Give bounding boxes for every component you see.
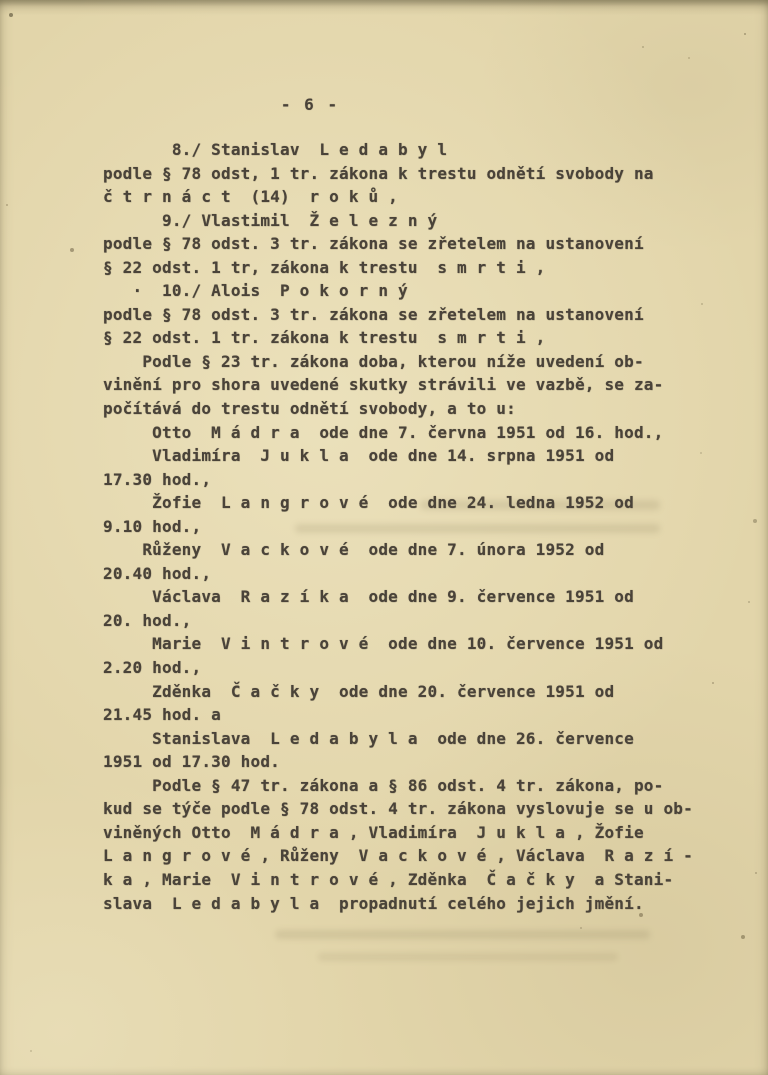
- text-line: 20.40 hod.,: [103, 562, 723, 586]
- text-line: L a n g r o v é , Růženy V a c k o v é ,…: [103, 844, 723, 868]
- text-line: 2.20 hod.,: [103, 656, 723, 680]
- bleedthrough-smudge: [318, 953, 618, 961]
- document-body: 8./ Stanislav L e d a b y lpodle § 78 od…: [103, 138, 723, 915]
- text-line: 21.45 hod. a: [103, 703, 723, 727]
- text-line: podle § 78 odst, 1 tr. zákona k trestu o…: [103, 162, 723, 186]
- text-line: Žofie L a n g r o v é ode dne 24. ledna …: [103, 491, 723, 515]
- text-line: Růženy V a c k o v é ode dne 7. února 19…: [103, 538, 723, 562]
- text-line: 9./ Vlastimil Ž e l e z n ý: [103, 209, 723, 233]
- text-line: Otto M á d r a ode dne 7. června 1951 od…: [103, 421, 723, 445]
- scanned-document-page: - 6 - 8./ Stanislav L e d a b y lpodle §…: [0, 0, 768, 1075]
- text-line: k a , Marie V i n t r o v é , Zděnka Č a…: [103, 868, 723, 892]
- text-line: 9.10 hod.,: [103, 515, 723, 539]
- paper-specks: [0, 0, 2, 2]
- text-line: č t r n á c t (14) r o k ů ,: [103, 185, 723, 209]
- text-line: Marie V i n t r o v é ode dne 10. červen…: [103, 632, 723, 656]
- text-line: kud se týče podle § 78 odst. 4 tr. zákon…: [103, 797, 723, 821]
- text-line: Zděnka Č a č k y ode dne 20. července 19…: [103, 680, 723, 704]
- text-line: Podle § 47 tr. zákona a § 86 odst. 4 tr.…: [103, 774, 723, 798]
- text-line: podle § 78 odst. 3 tr. zákona se zřetele…: [103, 303, 723, 327]
- text-line: 17.30 hod.,: [103, 468, 723, 492]
- text-line: počítává do trestu odnětí svobody, a to …: [103, 397, 723, 421]
- text-line: Podle § 23 tr. zákona doba, kterou níže …: [103, 350, 723, 374]
- text-line: 20. hod.,: [103, 609, 723, 633]
- text-line: § 22 odst. 1 tr. zákona k trestu s m r t…: [103, 326, 723, 350]
- bleedthrough-smudge: [275, 930, 650, 939]
- text-line: 1951 od 17.30 hod.: [103, 750, 723, 774]
- text-line: Stanislava L e d a b y l a ode dne 26. č…: [103, 727, 723, 751]
- text-line: § 22 odst. 1 tr, zákona k trestu s m r t…: [103, 256, 723, 280]
- text-line: slava L e d a b y l a propadnutí celého …: [103, 892, 723, 916]
- text-line: Václava R a z í k a ode dne 9. července …: [103, 585, 723, 609]
- text-line: viněných Otto M á d r a , Vladimíra J u …: [103, 821, 723, 845]
- text-line: vinění pro shora uvedené skutky strávili…: [103, 373, 723, 397]
- text-line: Vladimíra J u k l a ode dne 14. srpna 19…: [103, 444, 723, 468]
- text-line: podle § 78 odst. 3 tr. zákona se zřetele…: [103, 232, 723, 256]
- page-number: - 6 -: [260, 95, 360, 114]
- text-line: · 10./ Alois P o k o r n ý: [103, 279, 723, 303]
- text-line: 8./ Stanislav L e d a b y l: [103, 138, 723, 162]
